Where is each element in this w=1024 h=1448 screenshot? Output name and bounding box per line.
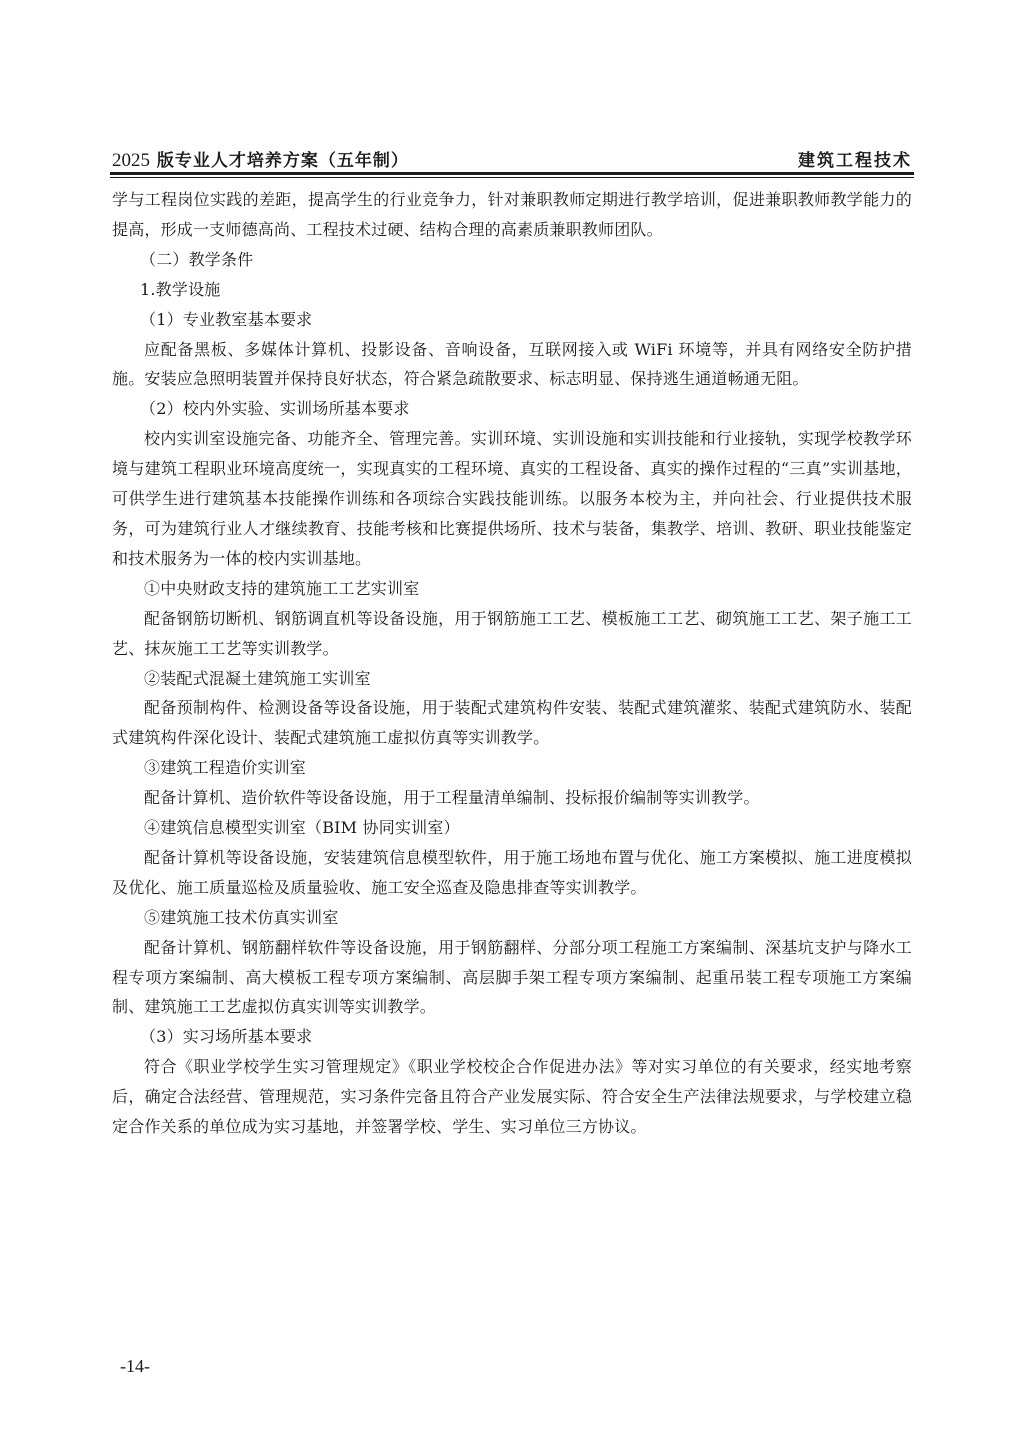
page-number: -14- bbox=[120, 1356, 150, 1377]
document-page: 2025 版专业人才培养方案（五年制） 建筑工程技术 学与工程岗位实践的差距，提… bbox=[112, 140, 912, 172]
item-heading-training-sites: （2）校内外实验、实训场所基本要求 bbox=[112, 394, 912, 424]
paragraph-internship: 符合《职业学校学生实习管理规定》《职业学校校企合作促进办法》等对实习单位的有关要… bbox=[112, 1052, 912, 1142]
header-rule-thin bbox=[110, 177, 914, 178]
lab-title: ⑤建筑施工技术仿真实训室 bbox=[112, 903, 912, 933]
lab-title: ③建筑工程造价实训室 bbox=[112, 753, 912, 783]
paragraph-continued: 学与工程岗位实践的差距，提高学生的行业竞争力，针对兼职教师定期进行教学培训，促进… bbox=[112, 185, 912, 245]
running-header: 2025 版专业人才培养方案（五年制） 建筑工程技术 bbox=[112, 140, 912, 172]
header-double-rule bbox=[110, 172, 914, 179]
item-heading-classroom: （1）专业教室基本要求 bbox=[112, 305, 912, 335]
header-year: 2025 bbox=[112, 150, 150, 171]
lab-title: ①中央财政支持的建筑施工工艺实训室 bbox=[112, 574, 912, 604]
lab-description: 配备钢筋切断机、钢筋调直机等设备设施，用于钢筋施工工艺、模板施工工艺、砌筑施工工… bbox=[112, 604, 912, 664]
header-major-name: 建筑工程技术 bbox=[798, 146, 912, 171]
body-text: 学与工程岗位实践的差距，提高学生的行业竞争力，针对兼职教师定期进行教学培训，促进… bbox=[112, 185, 912, 1142]
header-document-title: 2025 版专业人才培养方案（五年制） bbox=[112, 146, 409, 172]
lab-title: ④建筑信息模型实训室（BIM 协同实训室） bbox=[112, 813, 912, 843]
lab-description: 配备计算机等设备设施，安装建筑信息模型软件，用于施工场地布置与优化、施工方案模拟… bbox=[112, 843, 912, 903]
lab-description: 配备预制构件、检测设备等设备设施，用于装配式建筑构件安装、装配式建筑灌浆、装配式… bbox=[112, 693, 912, 753]
lab-description: 配备计算机、造价软件等设备设施，用于工程量清单编制、投标报价编制等实训教学。 bbox=[112, 783, 912, 813]
header-title-text: 版专业人才培养方案（五年制） bbox=[150, 151, 409, 171]
lab-title: ②装配式混凝土建筑施工实训室 bbox=[112, 664, 912, 694]
lab-description: 配备计算机、钢筋翻样软件等设备设施，用于钢筋翻样、分部分项工程施工方案编制、深基… bbox=[112, 933, 912, 1023]
header-rule-thick bbox=[110, 172, 914, 175]
subsection-heading-facilities: 1.教学设施 bbox=[112, 275, 912, 305]
paragraph-training-sites: 校内实训室设施完备、功能齐全、管理完善。实训环境、实训设施和实训技能和行业接轨，… bbox=[112, 424, 912, 574]
paragraph-classroom: 应配备黑板、多媒体计算机、投影设备、音响设备，互联网接入或 WiFi 环境等，并… bbox=[112, 335, 912, 395]
section-heading-teaching-conditions: （二）教学条件 bbox=[112, 245, 912, 275]
item-heading-internship: （3）实习场所基本要求 bbox=[112, 1022, 912, 1052]
